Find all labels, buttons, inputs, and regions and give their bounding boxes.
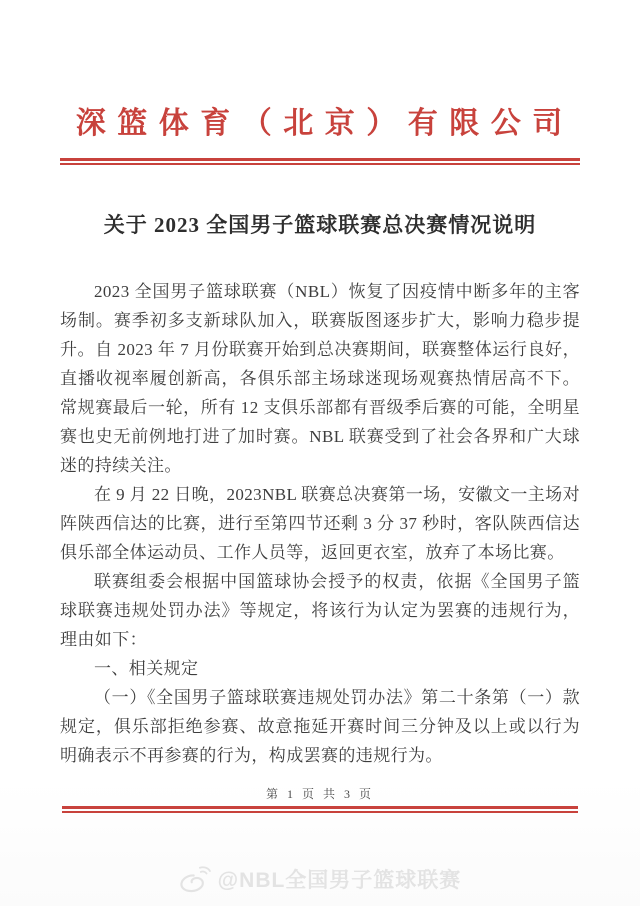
body-paragraph: 2023 全国男子篮球联赛（NBL）恢复了因疫情中断多年的主客场制。赛季初多支新… xyxy=(60,277,580,480)
body-paragraph: 在 9 月 22 日晚，2023NBL 联赛总决赛第一场，安徽文一主场对阵陕西信… xyxy=(60,480,580,567)
document-body: 2023 全国男子篮球联赛（NBL）恢复了因疫情中断多年的主客场制。赛季初多支新… xyxy=(60,277,580,770)
body-paragraph: （一）《全国男子篮球联赛违规处罚办法》第二十条第（一）款规定，俱乐部拒绝参赛、故… xyxy=(60,683,580,770)
body-paragraph: 联赛组委会根据中国篮球协会授予的权责，依据《全国男子篮球联赛违规处罚办法》等规定… xyxy=(60,567,580,654)
page-number: 第 1 页 共 3 页 xyxy=(0,785,640,802)
letterhead-divider xyxy=(60,158,580,165)
watermark-text: @NBL全国男子篮球联赛 xyxy=(218,864,462,894)
section-heading: 一、相关规定 xyxy=(60,654,580,683)
footer-divider xyxy=(62,806,578,813)
document-title: 关于 2023 全国男子篮球联赛总决赛情况说明 xyxy=(0,209,640,239)
weibo-watermark: @NBL全国男子篮球联赛 xyxy=(0,864,640,894)
company-letterhead: 深 篮 体 育 （ 北 京 ） 有 限 公 司 xyxy=(0,102,640,146)
document-page: 深 篮 体 育 （ 北 京 ） 有 限 公 司 关于 2023 全国男子篮球联赛… xyxy=(0,0,640,906)
weibo-icon xyxy=(179,866,211,893)
